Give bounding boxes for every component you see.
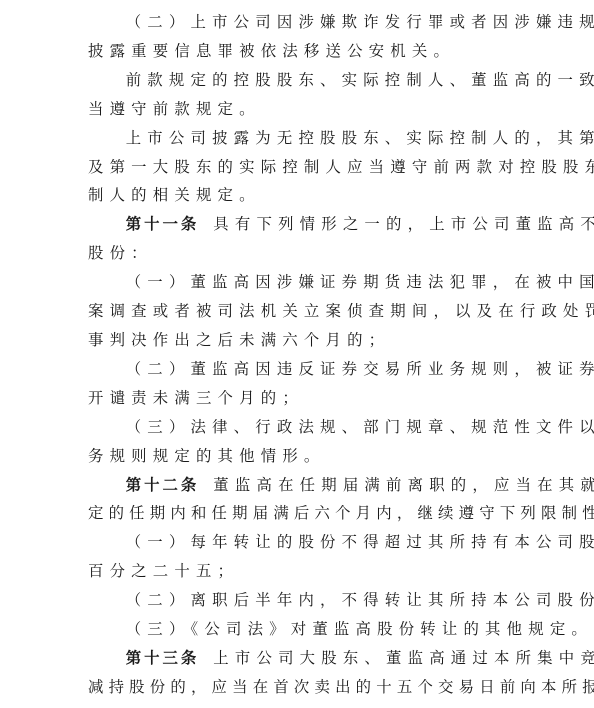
- text-line: （二）董监高因违反证券交易所业务规则，被证券交易所公: [88, 355, 508, 384]
- list-item-paragraph: （一）每年转让的股份不得超过其所持有本公司股份总数的 百分之二十五；: [88, 528, 508, 586]
- text-line: 事判决作出之后未满六个月的；: [88, 326, 508, 355]
- text-line: 前款规定的控股股东、实际控制人、董监高的一致行动人应: [88, 66, 508, 95]
- list-item-paragraph: （二）上市公司因涉嫌欺诈发行罪或者因涉嫌违规披露、不 披露重要信息罪被依法移送公…: [88, 8, 508, 66]
- article-text: 上市公司大股东、董监高通过本所集中竞价交易: [213, 649, 594, 667]
- text-line: 第十三条上市公司大股东、董监高通过本所集中竞价交易: [88, 644, 508, 673]
- body-paragraph: 前款规定的控股股东、实际控制人、董监高的一致行动人应 当遵守前款规定。: [88, 66, 508, 124]
- text-line: （三）《公司法》对董监高股份转让的其他规定。: [88, 615, 508, 644]
- text-line: （一）每年转让的股份不得超过其所持有本公司股份总数的: [88, 528, 508, 557]
- text-line: 开谴责未满三个月的；: [88, 384, 508, 413]
- article-paragraph: 第十二条董监高在任期届满前离职的，应当在其就任时确 定的任期内和任期届满后六个月…: [88, 471, 508, 529]
- article-number: 第十三条: [126, 649, 200, 667]
- text-line: 股份：: [88, 239, 508, 268]
- text-line: 制人的相关规定。: [88, 181, 508, 210]
- text-line: 案调查或者被司法机关立案侦查期间，以及在行政处罚决定、刑: [88, 297, 508, 326]
- list-item-paragraph: （二）董监高因违反证券交易所业务规则，被证券交易所公 开谴责未满三个月的；: [88, 355, 508, 413]
- document-page: （二）上市公司因涉嫌欺诈发行罪或者因涉嫌违规披露、不 披露重要信息罪被依法移送公…: [88, 8, 508, 702]
- list-item-paragraph: （三）《公司法》对董监高股份转让的其他规定。: [88, 615, 508, 644]
- text-line: （二）上市公司因涉嫌欺诈发行罪或者因涉嫌违规披露、不: [88, 8, 508, 37]
- list-item-paragraph: （一）董监高因涉嫌证券期货违法犯罪，在被中国证监会立 案调查或者被司法机关立案侦…: [88, 268, 508, 355]
- text-line: 当遵守前款规定。: [88, 95, 508, 124]
- text-line: 定的任期内和任期届满后六个月内，继续遵守下列限制性规定：: [88, 499, 508, 528]
- article-text: 具有下列情形之一的，上市公司董监高不得减持: [213, 215, 594, 233]
- text-line: 第十一条具有下列情形之一的，上市公司董监高不得减持: [88, 210, 508, 239]
- article-text: 董监高在任期届满前离职的，应当在其就任时确: [213, 476, 594, 494]
- article-paragraph: 第十三条上市公司大股东、董监高通过本所集中竞价交易 减持股份的，应当在首次卖出的…: [88, 644, 508, 702]
- text-line: （一）董监高因涉嫌证券期货违法犯罪，在被中国证监会立: [88, 268, 508, 297]
- article-number: 第十一条: [126, 215, 200, 233]
- text-line: （三）法律、行政法规、部门规章、规范性文件以及本所业: [88, 413, 508, 442]
- text-line: 第十二条董监高在任期届满前离职的，应当在其就任时确: [88, 471, 508, 500]
- text-line: （二）离职后半年内，不得转让其所持本公司股份；: [88, 586, 508, 615]
- text-line: 披露重要信息罪被依法移送公安机关。: [88, 37, 508, 66]
- list-item-paragraph: （二）离职后半年内，不得转让其所持本公司股份；: [88, 586, 508, 615]
- list-item-paragraph: （三）法律、行政法规、部门规章、规范性文件以及本所业 务规则规定的其他情形。: [88, 413, 508, 471]
- article-number: 第十二条: [126, 476, 200, 494]
- text-line: 百分之二十五；: [88, 557, 508, 586]
- article-paragraph: 第十一条具有下列情形之一的，上市公司董监高不得减持 股份：: [88, 210, 508, 268]
- body-paragraph: 上市公司披露为无控股股东、实际控制人的，其第一大股东 及第一大股东的实际控制人应…: [88, 124, 508, 211]
- text-line: 上市公司披露为无控股股东、实际控制人的，其第一大股东: [88, 124, 508, 153]
- text-line: 及第一大股东的实际控制人应当遵守前两款对控股股东、实际控: [88, 153, 508, 182]
- text-line: 减持股份的，应当在首次卖出的十五个交易日前向本所报告减持: [88, 673, 508, 702]
- text-line: 务规则规定的其他情形。: [88, 442, 508, 471]
